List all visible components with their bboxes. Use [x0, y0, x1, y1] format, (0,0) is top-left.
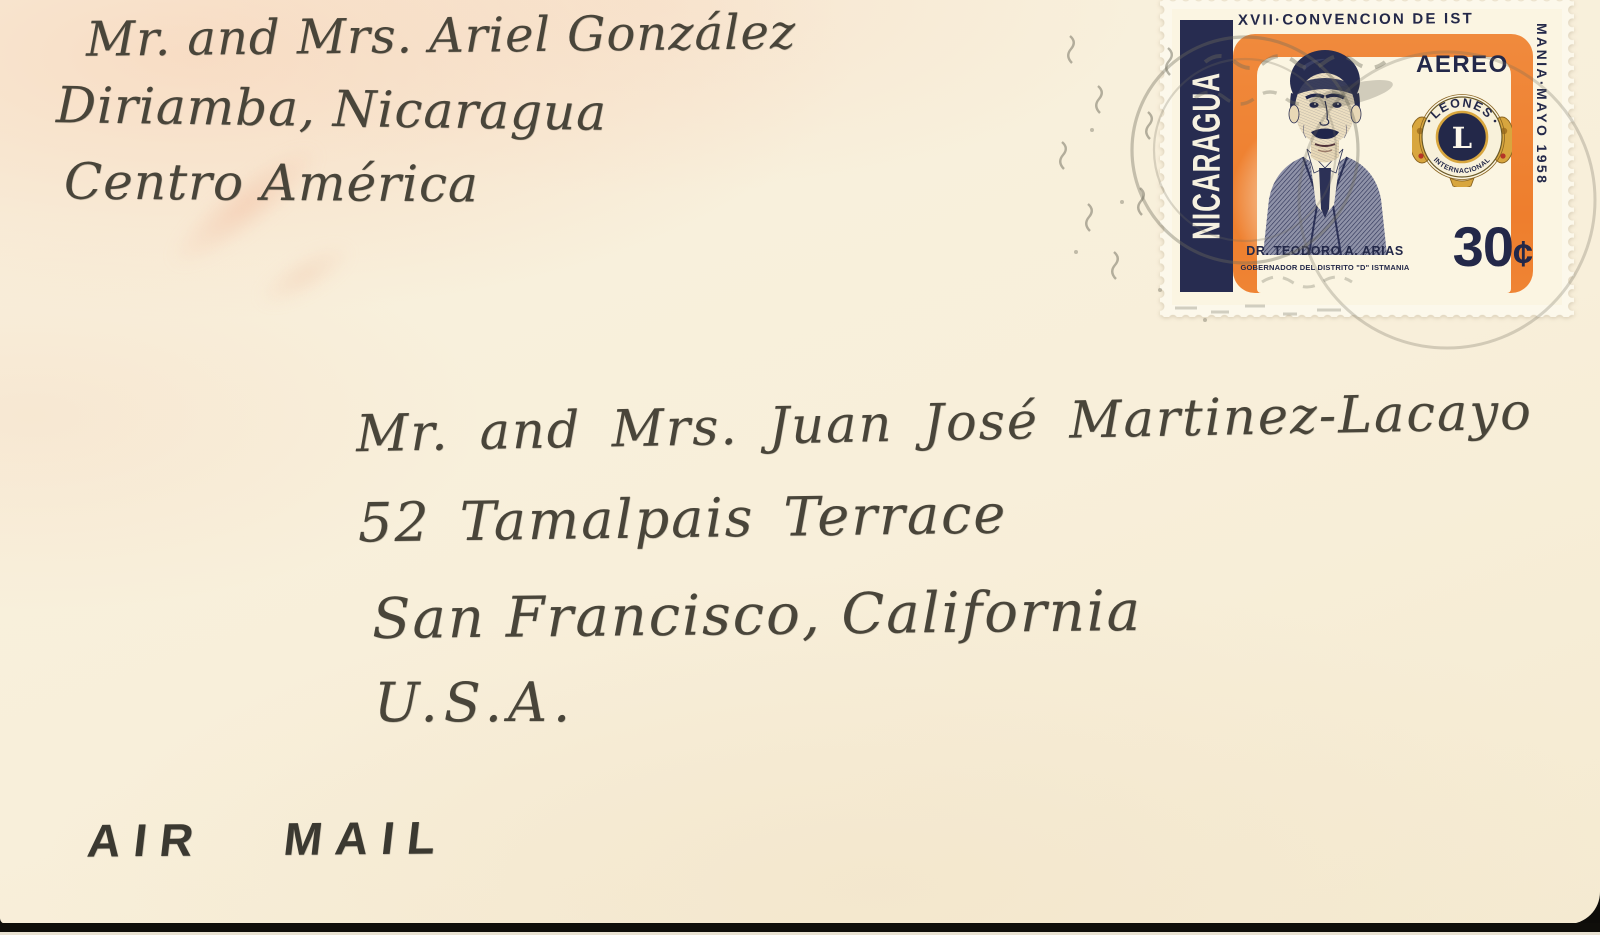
recipient-address-line: San Francisco, California	[372, 584, 1143, 648]
scan-background-edge	[0, 923, 1600, 932]
recipient-address-line: U.S.A.	[374, 676, 576, 730]
envelope-scan: Mr. and Mrs. Ariel González Diriamba, Ni…	[0, 0, 1600, 935]
envelope: Mr. and Mrs. Ariel González Diriamba, Ni…	[0, 0, 1600, 924]
return-address-line: Centro América	[64, 157, 479, 210]
stamp-subject-name: DR. TEODORO A. ARIAS	[1215, 244, 1435, 258]
stamp-denomination-value: 30	[1453, 215, 1513, 278]
stamp-top-inscription: XVII·CONVENCION DE IST	[1238, 10, 1474, 29]
stamp-right-inscription: MANIA·MAYO 1958	[1534, 23, 1550, 309]
recipient-address-line: 52 Tamalpais Terrace	[358, 487, 1008, 550]
stamp-portrait	[1255, 37, 1395, 255]
stamp-subject-title: GOBERNADOR DEL DISTRITO "D" ISTMANIA	[1205, 263, 1445, 272]
return-address-line: Diriamba, Nicaragua	[56, 80, 608, 138]
postage-stamp: NICARAGUA XVII·CONVENCION DE IST MANIA·M…	[1160, 0, 1574, 317]
stamp-cent-symbol: ¢	[1513, 233, 1532, 274]
lions-club-emblem: L LEONES INTERNACIONAL	[1412, 83, 1512, 187]
emblem-l-monogram: L	[1452, 121, 1472, 155]
stamp-country-label: NICARAGUA	[1183, 72, 1230, 240]
airmail-marking: AIR MAIL	[85, 810, 452, 867]
paper-stain	[247, 230, 362, 320]
stamp-denomination: 30¢	[1453, 219, 1532, 275]
return-address-line: Mr. and Mrs. Ariel González	[86, 8, 797, 63]
recipient-address-line: Mr. and Mrs. Juan José Martinez-Lacayo	[356, 387, 1534, 461]
stamp-aereo-label: AEREO	[1416, 51, 1509, 79]
